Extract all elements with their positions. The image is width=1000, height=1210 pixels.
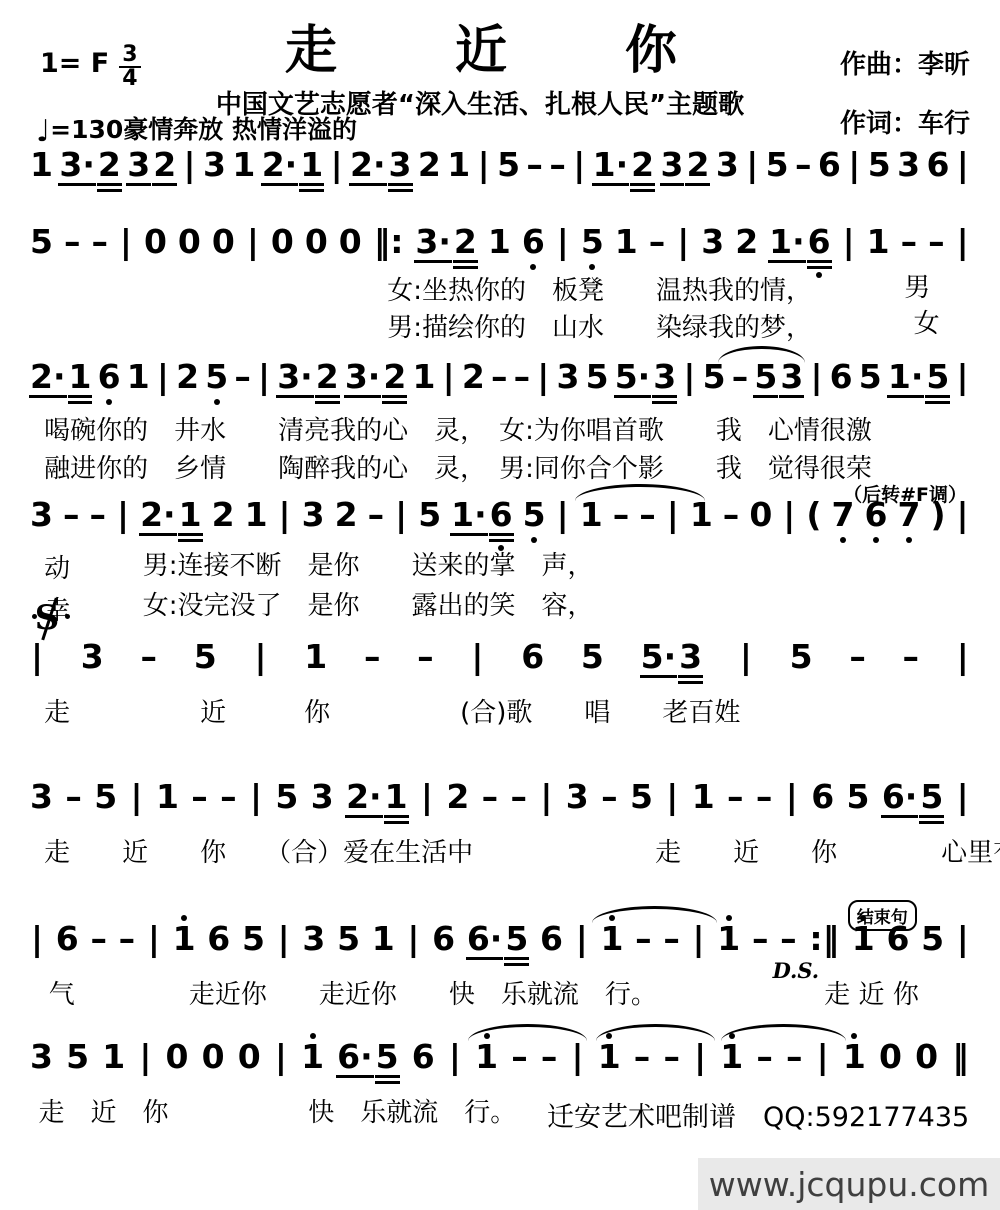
barline: | [477,148,491,183]
barline: | [785,780,799,815]
note: – [65,780,82,815]
barline: | [138,1040,152,1075]
note: 5 [581,640,604,675]
lyrics: 喝碗你的 井水 清亮我的心 灵， 女:为你唱首歌 我 心情很激 [44,410,872,447]
note: 3 [780,360,803,395]
octave-dot-below [214,399,220,405]
note: – [541,1040,558,1075]
note: 2 [446,780,469,815]
note: 5 [523,498,546,533]
music-system-2: 5––|000|000‖:3·216|51–|321·6|1––|女:坐热你的 … [30,225,970,260]
note: 5 [497,148,520,183]
meter-numerator: 3 [119,44,140,68]
note: – [634,1040,651,1075]
beam-group: 5·3 [615,360,676,395]
beam-group: 2·1 [140,498,201,533]
quarter-note-icon: ♩ [36,114,50,149]
barline: | [249,780,263,815]
note: 5 [66,1040,89,1075]
barline: | [30,922,44,957]
barline: | [842,225,856,260]
note: 3 [203,148,226,183]
beam-group: 3·2 [59,148,120,183]
barline: | [30,640,44,675]
note: 5 [790,640,813,675]
note: – [526,148,543,183]
music-system-6: 3–5|1––|532·1|2––|3–5|1––|656·5|走 近 你 （合… [30,780,970,815]
octave-dot-below [530,264,536,270]
note: 2 [454,225,477,260]
note: – [723,498,740,533]
note: 6· [467,922,503,957]
note: 1 [385,780,408,815]
note: 5 [242,922,265,957]
barline: | [782,498,796,533]
note: – [727,780,744,815]
note: 1 [156,780,179,815]
lyrics: 男:连接不断 是你 送来的掌 声， [143,545,594,582]
note: 0 [166,1040,189,1075]
time-signature: 3 4 [119,44,140,90]
note: – [786,1040,803,1075]
barline: | [847,148,861,183]
barline: | [956,780,970,815]
note: 3 [302,498,325,533]
note: 0 [305,225,328,260]
note: 5 [868,148,891,183]
note: 5 [376,1040,399,1075]
lyrics: 女:坐热你的 板凳 温热我的情， [387,270,812,307]
beam-group: 2·3 [350,148,411,183]
note: – [364,640,381,675]
note: 3 [30,1040,53,1075]
note: – [368,498,385,533]
note: 3 [389,148,412,183]
note: 2 [153,148,176,183]
barline: | [257,360,271,395]
note: 1 [692,780,715,815]
note: – [663,922,680,957]
lyrics: 走 近 你 （合）爱在生活中 走 近 你 心里有底 [44,832,1000,869]
beam-group: 1·2 [593,148,654,183]
note: 2 [176,360,199,395]
barline: ‖ [951,1040,970,1075]
note: – [64,225,81,260]
note: – [119,922,136,957]
beam-group: 3·2 [415,225,476,260]
barline: | [556,498,570,533]
note: 5 [921,922,944,957]
note: 3 [679,640,702,675]
note: – [63,498,80,533]
beam-group: 1·5 [888,360,949,395]
note: 3 [661,148,684,183]
tie-arc [721,1024,846,1041]
barline: | [394,498,408,533]
note: 6 [98,360,121,395]
note: 6 [56,922,79,957]
note: 3 [897,148,920,183]
barline: | [956,640,970,675]
note: 5 [847,780,870,815]
barline: | [575,922,589,957]
note: 5 [194,640,217,675]
note: 6 [540,922,563,957]
barline: | [119,225,133,260]
note: 2 [383,360,406,395]
coda-label: 结束句 [848,900,917,931]
note: 1 [475,1040,498,1075]
note: 6· [337,1040,373,1075]
note: – [928,225,945,260]
music-system-7: |6––|165|351|66·56|1––|1––:‖165|结束句D.S.气… [30,922,970,957]
music-system-8: 351|000|16·56|1––|1––|1––|100‖走 近 你快 乐就流… [30,1040,970,1075]
beam-group: 2·1 [30,360,91,395]
note: 6 [432,922,455,957]
page-title: 走近你 [285,8,795,83]
lyrics: 走 近 你 (合)歌 唱 老百姓 [44,692,740,729]
barline: | [956,922,970,957]
note: 5 [505,922,528,957]
note: 2· [30,360,66,395]
note: – [903,640,920,675]
note: 1 [300,148,323,183]
barline: | [816,1040,830,1075]
barline: | [420,780,434,815]
note: – [220,780,237,815]
notation-row: 13·232|312·1|2·321|5––|1·2323|5–6|536| [30,148,970,183]
lyrics: 走 近 你 [38,1092,168,1129]
note: 1 [30,148,53,183]
beam-group: 1·6 [769,225,830,260]
barline: | [183,148,197,183]
note: – [756,780,773,815]
sheet-music-page: 1= F 3 4 走近你 中国文艺志愿者“深入生活、扎根人民”主题歌 作曲：李昕… [0,0,1000,1210]
barline: | [278,498,292,533]
note: 3· [345,360,381,395]
note: – [635,922,652,957]
beam-group: 2·1 [346,780,407,815]
lyrics: 男 [904,267,930,304]
note: 6 [830,360,853,395]
note: – [849,640,866,675]
beam-group: 5·3 [641,640,702,675]
note: 1· [451,498,487,533]
note: – [601,780,618,815]
octave-dot-above [310,1033,316,1039]
note: 2 [462,360,485,395]
note: 1 [580,498,603,533]
note: 0 [178,225,201,260]
barline: | [406,922,420,957]
note: 5 [30,225,53,260]
note: 5 [205,360,228,395]
note: 2· [140,498,176,533]
tie-arc [468,1024,587,1041]
note: – [756,1040,773,1075]
note: – [732,360,749,395]
beam-group: 3·2 [277,360,338,395]
note: 3 [127,148,150,183]
note: 2· [262,148,298,183]
note: – [141,640,158,675]
barline: | [739,640,753,675]
note: 1 [447,148,470,183]
tempo-description: 豪情奔放 热情洋溢的 [123,115,357,144]
music-system-5: |3–5|1––|655·3|5––|S走 近 你 (合)歌 唱 老百姓 [30,640,970,675]
octave-dot-above [181,915,187,921]
note: 3 [701,225,724,260]
barline: | [745,148,759,183]
lyrics: 动 [44,548,70,585]
note: 6 [490,498,513,533]
note: 3· [277,360,313,395]
tempo-value: =130 [50,115,123,144]
note: 6 [207,922,230,957]
note: 3 [81,640,104,675]
note: 5 [581,225,604,260]
note: – [91,225,108,260]
barline: | [470,640,484,675]
note: 1 [245,498,268,533]
key-label: 1= F [40,48,109,79]
watermark-url: www.jcqupu.com [709,1165,989,1204]
note: 1 [717,922,740,957]
beam-group: 6·5 [467,922,528,957]
barline: | [116,498,130,533]
note: 5 [754,360,777,395]
note: – [511,780,528,815]
note: – [90,498,107,533]
barline: | [956,360,970,395]
tie-arc [596,1024,715,1041]
note: 1· [593,148,629,183]
note: 6 [818,148,841,183]
note: 3 [716,148,739,183]
note: 3 [566,780,589,815]
note: ( [806,498,821,533]
music-system-4: 3––|2·121|32–|51·65|1––|1–0|(767)|（后转#F调… [30,498,970,533]
note: 2 [735,225,758,260]
beam-group: 53 [754,360,803,395]
barline: | [442,360,456,395]
note: 5 [766,148,789,183]
barline: | [556,225,570,260]
note: 2 [418,148,441,183]
barline: | [956,225,970,260]
lyricist: 作词：车行 [840,103,970,140]
note: – [752,922,769,957]
note: – [795,148,812,183]
beam-group: 32 [661,148,710,183]
tie-arc [718,346,805,363]
lyrics: 融进你的 乡情 陶醉我的心 灵， 男:同你合个影 我 觉得很荣 [44,448,872,485]
notation-row: 5––|000|000‖:3·216|51–|321·6|1––| [30,225,970,260]
note: – [482,780,499,815]
note: – [514,360,531,395]
note: 0 [212,225,235,260]
note: 3 [302,922,325,957]
octave-dot-below [840,537,846,543]
note: 1 [179,498,202,533]
note: 1 [102,1040,125,1075]
barline: | [693,1040,707,1075]
notation-row: |6––|165|351|66·56|1––|1––:‖165| [30,922,970,957]
note: 6 [811,780,834,815]
note: 2 [98,148,121,183]
segno-icon: S [35,598,65,640]
notation-row: 351|000|16·56|1––|1––|1––|100‖ [30,1040,970,1075]
barline: | [570,1040,584,1075]
note: 0 [915,1040,938,1075]
note: 5 [703,360,726,395]
lyrics: 走 近 你 [824,974,919,1011]
note: – [613,498,630,533]
barline: | [448,1040,462,1075]
beam-group: 3·2 [345,360,406,395]
barline: | [676,225,690,260]
tempo-marking: ♩=130豪情奔放 热情洋溢的 [36,110,357,149]
note: 1 [301,1040,324,1075]
beam-group: 1·6 [451,498,512,533]
note: 0 [879,1040,902,1075]
note: 2· [346,780,382,815]
note: 1 [127,360,150,395]
note: – [234,360,251,395]
barline: | [692,922,706,957]
note: 3 [556,360,579,395]
notation-row: 3––|2·121|32–|51·65|1––|1–0|(767)| [30,498,970,533]
note: 5· [615,360,651,395]
barline: | [246,225,260,260]
note: 1 [720,1040,743,1075]
note: 0 [339,225,362,260]
note: – [639,498,656,533]
beam-group: 6·5 [882,780,943,815]
dal-segno-mark: D.S. [773,958,820,983]
note: 5 [275,780,298,815]
barline: | [330,148,344,183]
barline: | [147,922,161,957]
barline: | [536,360,550,395]
notation-row: |3–5|1––|655·3|5––| [30,640,970,675]
octave-dot-below [531,537,537,543]
note: – [191,780,208,815]
note: – [649,225,666,260]
note: 1 [173,922,196,957]
octave-dot-above [851,1033,857,1039]
modulation-note: （后转#F调） [843,480,967,507]
composer: 作曲：李昕 [840,44,970,81]
note: – [491,360,508,395]
note: 1 [232,148,255,183]
note: 2· [350,148,386,183]
note: 1 [867,225,890,260]
note: – [549,148,566,183]
note: 2 [631,148,654,183]
note: 5· [641,640,677,675]
notation-row: 2·161|25–|3·23·21|2––|355·3|5–53|651·5| [30,360,970,395]
note: 5 [586,360,609,395]
barline: | [572,148,586,183]
octave-dot-below [816,272,822,278]
octave-dot-below [106,399,112,405]
note: 3 [30,780,53,815]
music-system-3: 2·161|25–|3·23·21|2––|355·3|5–53|651·5|喝… [30,360,970,395]
octave-dot-below [873,537,879,543]
note: 5 [94,780,117,815]
note: 0 [144,225,167,260]
note: 6 [521,640,544,675]
note: – [780,922,797,957]
barline: | [539,780,553,815]
note: 5 [337,922,360,957]
note: 1 [412,360,435,395]
note: 3 [311,780,334,815]
barline: ‖: [373,225,405,260]
note: 2 [686,148,709,183]
lyrics: 迁安艺术吧制谱 QQ:592177435 [547,1095,969,1134]
lyrics: 快 乐就流 行。 [308,1092,516,1129]
note: – [511,1040,528,1075]
beam-group: 6·5 [337,1040,398,1075]
note: 6 [926,148,949,183]
barline: | [156,360,170,395]
note: 0 [271,225,294,260]
note: 1 [69,360,92,395]
note: – [417,640,434,675]
barline: | [130,780,144,815]
note: 3 [30,498,53,533]
note: 3· [59,148,95,183]
note: 6· [882,780,918,815]
barline: | [682,360,696,395]
note: 0 [202,1040,225,1075]
note: – [901,225,918,260]
meter-denominator: 4 [122,68,137,90]
beam-group: 2·1 [262,148,323,183]
note: 5 [630,780,653,815]
note: 1 [304,640,327,675]
note: 2 [212,498,235,533]
note: 1 [843,1040,866,1075]
note: 5 [859,360,882,395]
octave-dot-above [726,915,732,921]
notation-row: 3–5|1––|532·1|2––|3–5|1––|656·5| [30,780,970,815]
tie-arc [592,906,717,923]
note: 0 [749,498,772,533]
barline: | [274,1040,288,1075]
lyrics: 女 [914,303,940,340]
note: 5 [920,780,943,815]
note: 6 [808,225,831,260]
barline: | [253,640,267,675]
barline: | [666,498,680,533]
beam-group: 32 [127,148,176,183]
watermark: www.jcqupu.com [698,1158,1000,1210]
note: 0 [238,1040,261,1075]
note: 5 [926,360,949,395]
barline: | [277,922,291,957]
music-system-1: 13·232|312·1|2·321|5––|1·2323|5–6|536| [30,148,970,183]
lyrics: 女:没完没了 是你 露出的笑 容， [143,585,594,622]
tie-arc [575,484,705,501]
barline: | [956,148,970,183]
note: 3 [653,360,676,395]
note: 6 [412,1040,435,1075]
note: 1· [769,225,805,260]
octave-dot-below [589,264,595,270]
